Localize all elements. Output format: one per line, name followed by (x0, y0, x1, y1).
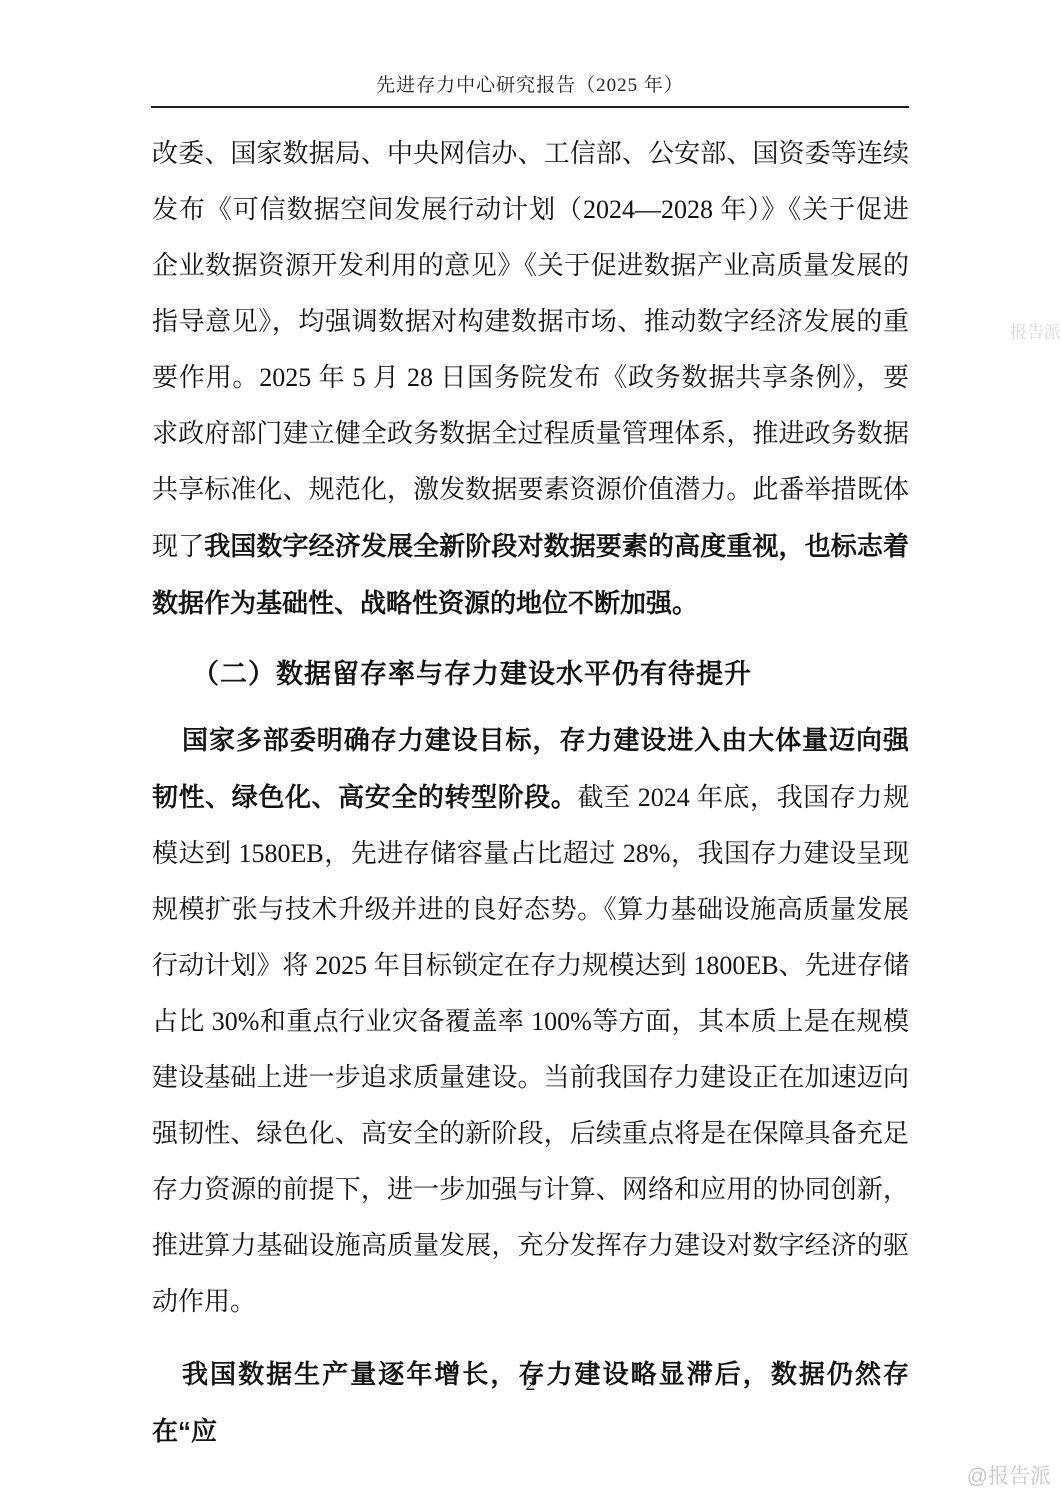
corner-watermark: @报告派 (967, 1460, 1051, 1490)
page-number: 2 (0, 1373, 1061, 1396)
body-content: 改委、国家数据局、中央网信办、工信部、公安部、国资委等连续发布《可信数据空间发展… (152, 126, 909, 1460)
report-title: 先进存力中心研究报告（2025 年） (151, 0, 909, 97)
document-page: 先进存力中心研究报告（2025 年） 改委、国家数据局、中央网信办、工信部、公安… (0, 0, 1061, 1500)
paragraph-text: 截至 2024 年底，我国存力规模达到 1580EB，先进存储容量占比超过 28… (152, 783, 909, 1316)
header-divider (151, 106, 909, 108)
page-header: 先进存力中心研究报告（2025 年） (151, 0, 909, 108)
paragraph-text: 改委、国家数据局、中央网信办、工信部、公安部、国资委等连续发布《可信数据空间发展… (152, 139, 909, 561)
paragraph: 国家多部委明确存力建设目标，存力建设进入由大体量迈向强韧性、绿色化、高安全的转型… (152, 712, 909, 1330)
section-heading: （二）数据留存率与存力建设水平仍有待提升 (152, 646, 909, 702)
paragraph: 改委、国家数据局、中央网信办、工信部、公安部、国资委等连续发布《可信数据空间发展… (152, 126, 909, 632)
section-heading-text: （二）数据留存率与存力建设水平仍有待提升 (192, 659, 752, 689)
paragraph-emphasis-text: 我国数字经济发展全新阶段对数据要素的高度重视，也标志着数据作为基础性、战略性资源… (152, 531, 909, 618)
side-watermark: 报告派 (1010, 318, 1061, 343)
paragraph: 我国数据生产量逐年增长，存力建设略显滞后，数据仍然存在“应 (152, 1346, 909, 1460)
